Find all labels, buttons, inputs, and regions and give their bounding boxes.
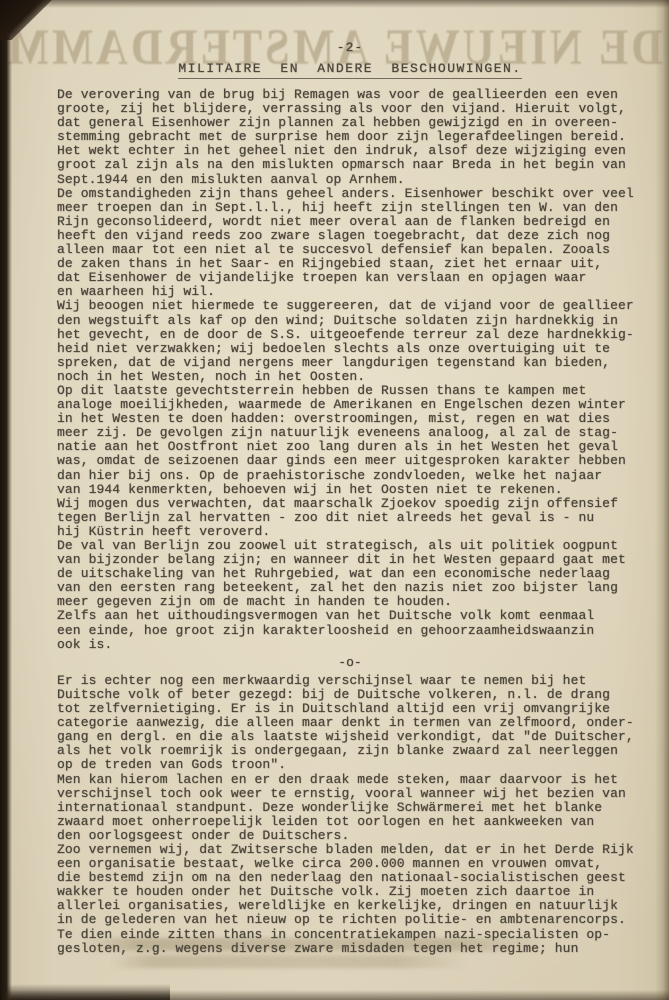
typewritten-content: -2- MILITAIRE EN ANDERE BESCHOUWINGEN. D… [57,40,643,956]
paragraph: Op dit laatste gevechtsterrein hebben de… [57,384,643,497]
scan-edge-left [0,0,12,1000]
paragraph: Wij beoogen niet hiermede te suggereeren… [57,299,643,384]
paragraph: De omstandigheden zijn thans geheel ande… [57,187,643,300]
paragraph: Wij mogen dus verwachten, dat maarschalk… [57,497,643,539]
article-title: MILITAIRE EN ANDERE BESCHOUWINGEN. [178,61,521,79]
scan-edge-right [655,0,669,1000]
paragraph: Er is echter nog een merkwaardig verschi… [57,674,643,773]
scan-edge-top [0,0,669,8]
page-number: -2- [57,40,643,55]
document-scan-page: DE NIEUWE AMSTERDAMMER -2- MILITAIRE EN … [0,0,669,1000]
paragraph: De val van Berlijn zou zoowel uit strate… [57,539,643,609]
paragraphs-container: De verovering van de brug bij Remagen wa… [57,88,643,956]
section-separator: -o- [57,656,643,670]
paragraph: Zoo vernemen wij, dat Zwitsersche bladen… [57,843,643,956]
scan-edge-corner-bottom-left [0,984,170,1000]
paragraph: De verovering van de brug bij Remagen wa… [57,88,643,187]
title-row: MILITAIRE EN ANDERE BESCHOUWINGEN. [57,59,643,79]
paragraph: Zelfs aan het uithoudingsvermogen van he… [57,609,643,651]
bleed-through-smudge [110,955,469,968]
paragraph: Men kan hierom lachen en er den draak me… [57,773,643,843]
